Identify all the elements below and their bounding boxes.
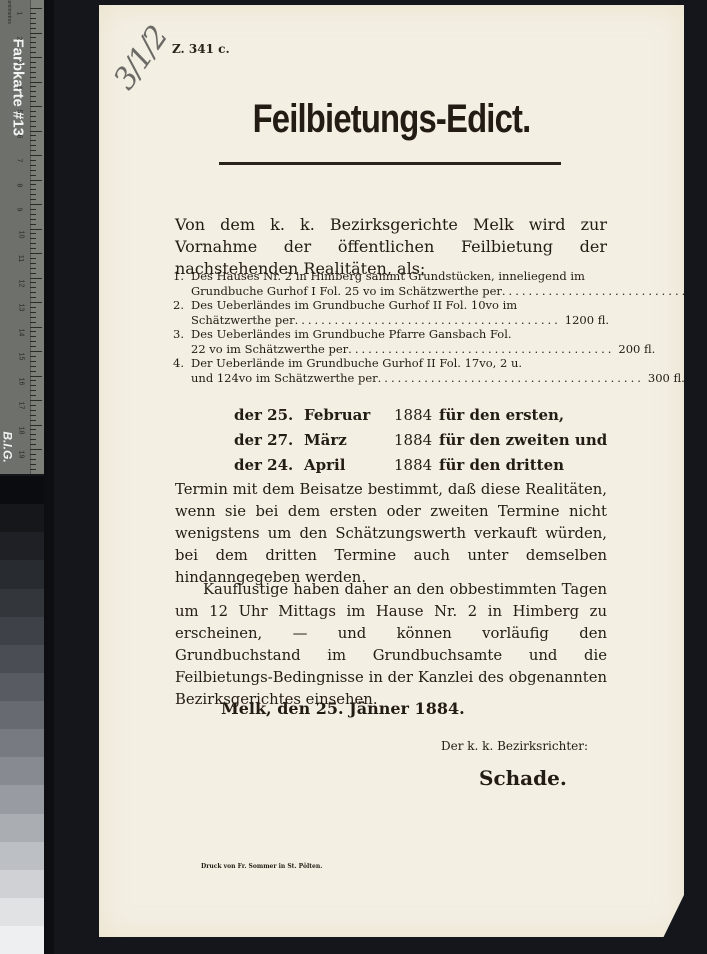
ruler-tick bbox=[30, 62, 36, 63]
ruler-number: 19 bbox=[17, 451, 24, 459]
gray-patch bbox=[0, 476, 48, 504]
ruler-tick bbox=[30, 464, 36, 465]
ruler-tick bbox=[30, 175, 36, 176]
ruler-unit-label: centimetres bbox=[6, 0, 12, 24]
dot-leader: ........................................ bbox=[502, 284, 707, 299]
ruler-tick bbox=[30, 449, 42, 450]
ruler-tick bbox=[30, 376, 42, 377]
gray-patch bbox=[0, 729, 48, 757]
ruler-tick bbox=[30, 209, 36, 210]
ruler-number: 7 bbox=[15, 159, 22, 163]
ruler-tick bbox=[30, 184, 36, 185]
ruler-tick bbox=[30, 131, 42, 132]
ruler-number: 18 bbox=[17, 426, 24, 434]
ruler-tick bbox=[30, 341, 36, 342]
ruler-tick bbox=[30, 439, 36, 440]
ruler-tick bbox=[30, 268, 36, 269]
gray-patch bbox=[0, 926, 48, 954]
ruler-number: 16 bbox=[17, 377, 24, 385]
ruler-tick bbox=[30, 229, 42, 230]
date-suffix: für den zweiten und bbox=[439, 428, 607, 453]
ruler-number: 13 bbox=[17, 304, 24, 312]
ruler-tick bbox=[30, 165, 36, 166]
ruler-tick bbox=[30, 224, 36, 225]
ruler-tick bbox=[30, 28, 36, 29]
dot-leader: ........................................ bbox=[348, 342, 614, 357]
ruler-tick bbox=[30, 47, 36, 48]
item-valuation-text: 22 vo im Schätzwerthe per bbox=[191, 342, 348, 357]
ruler-number: 5 bbox=[15, 110, 22, 114]
ruler-number: 4 bbox=[15, 85, 22, 89]
item-description: Des Hauses Nr. 2 in Himberg sammt Grunds… bbox=[191, 269, 707, 284]
ruler-tick bbox=[30, 253, 42, 254]
grayscale-patches bbox=[0, 476, 48, 954]
ruler-number: 11 bbox=[17, 255, 24, 262]
ruler-tick bbox=[30, 140, 36, 141]
property-item: 3. Des Ueberländes im Grundbuche Pfarre … bbox=[173, 327, 607, 356]
gray-patch bbox=[0, 870, 48, 898]
ruler-number: 14 bbox=[17, 328, 24, 336]
ruler-tick bbox=[30, 331, 36, 332]
signature-name: Schade. bbox=[479, 766, 567, 790]
ruler-tick bbox=[30, 263, 36, 264]
auction-date-row: der 25. Februar 1884 für den ersten, bbox=[234, 403, 607, 428]
ruler-tick bbox=[30, 101, 36, 102]
ruler-tick bbox=[30, 52, 36, 53]
ruler-number: 8 bbox=[15, 183, 22, 187]
property-item: 4. Der Ueberlände im Grundbuche Gurhof I… bbox=[173, 356, 607, 385]
ruler-number: 17 bbox=[17, 402, 24, 410]
ruler-tick bbox=[30, 204, 42, 205]
place-and-date: Melk, den 25. Jänner 1884. bbox=[221, 699, 465, 718]
item-amount: 200 fl. bbox=[614, 342, 655, 357]
ruler-tick bbox=[30, 199, 36, 200]
ruler-number: 2 bbox=[15, 36, 22, 40]
ruler-tick bbox=[30, 292, 36, 293]
ruler-tick bbox=[30, 287, 36, 288]
date-year: 1884 bbox=[394, 428, 439, 453]
ruler-tick bbox=[30, 243, 36, 244]
ruler-tick bbox=[30, 385, 36, 386]
auction-date-row: der 27. März 1884 für den zweiten und bbox=[234, 428, 607, 453]
gray-patch bbox=[0, 842, 48, 870]
ruler-tick bbox=[30, 282, 36, 283]
ruler-tick bbox=[30, 248, 36, 249]
ruler-tick bbox=[30, 410, 36, 411]
gray-patch bbox=[0, 757, 48, 785]
ruler-tick bbox=[30, 302, 42, 303]
gray-patch bbox=[0, 645, 48, 673]
ruler-tick bbox=[30, 77, 36, 78]
ruler-number: 3 bbox=[15, 61, 22, 65]
item-valuation-text: Grundbuche Gurhof I Fol. 25 vo im Schätz… bbox=[191, 284, 502, 299]
document-paper: 3/1/2 Z. 341 c. Feilbietungs-Edict. Von … bbox=[99, 5, 684, 937]
property-item: 1. Des Hauses Nr. 2 in Himberg sammt Gru… bbox=[173, 269, 607, 298]
ruler-tick bbox=[30, 8, 42, 9]
color-chart-brand: B.I.G. bbox=[1, 431, 15, 462]
ruler-tick bbox=[30, 106, 42, 107]
item-number: 3. bbox=[173, 327, 191, 356]
ruler-tick bbox=[30, 219, 36, 220]
ruler-tick bbox=[30, 42, 36, 43]
item-amount: 1200 fl. bbox=[561, 313, 609, 328]
ruler-tick bbox=[30, 57, 42, 58]
ruler-tick bbox=[30, 297, 36, 298]
ruler-tick bbox=[30, 454, 36, 455]
ruler-tick bbox=[30, 415, 36, 416]
ruler-number: 10 bbox=[17, 230, 24, 238]
auction-date-row: der 24. April 1884 für den dritten bbox=[234, 453, 607, 478]
handwritten-note: 3/1/2 bbox=[107, 21, 174, 96]
ruler-number: 12 bbox=[17, 279, 24, 287]
item-valuation-text: und 124vo im Schätzwerthe per bbox=[191, 371, 378, 386]
item-amount: 300 fl. bbox=[644, 371, 685, 386]
terms-paragraph: Termin mit dem Beisatze bestimmt, daß di… bbox=[175, 479, 607, 589]
ruler-tick bbox=[30, 322, 36, 323]
ruler-tick bbox=[30, 312, 36, 313]
ruler-tick bbox=[30, 429, 36, 430]
ruler-tick bbox=[30, 126, 36, 127]
ruler-tick bbox=[30, 86, 36, 87]
date-month: Februar bbox=[304, 403, 394, 428]
item-valuation-text: Schätzwerthe per bbox=[191, 313, 295, 328]
ruler-tick bbox=[30, 233, 36, 234]
ruler-tick bbox=[30, 33, 42, 34]
ruler-tick bbox=[30, 459, 36, 460]
dot-leader: ........................................ bbox=[378, 371, 644, 386]
color-chart-title: Farbkarte #13 bbox=[10, 39, 27, 179]
gray-patch bbox=[0, 532, 48, 560]
ruler-tick bbox=[30, 150, 36, 151]
ruler-tick bbox=[30, 405, 36, 406]
scan-background-edge bbox=[44, 0, 54, 954]
date-suffix: für den dritten bbox=[439, 453, 564, 478]
gray-patch bbox=[0, 814, 48, 842]
ruler-tick bbox=[30, 307, 36, 308]
ruler-number: 9 bbox=[15, 208, 22, 212]
auction-dates: der 25. Februar 1884 für den ersten, der… bbox=[234, 403, 607, 478]
instructions-paragraph: Kauflustige haben daher an den obbestimm… bbox=[175, 579, 607, 711]
gray-patch bbox=[0, 617, 48, 645]
ruler-tick bbox=[30, 23, 36, 24]
reference-number: Z. 341 c. bbox=[172, 42, 230, 56]
gray-patch bbox=[0, 560, 48, 588]
gray-patch bbox=[0, 898, 48, 926]
ruler-tick bbox=[30, 111, 36, 112]
printer-imprint: Druck von Fr. Sommer in St. Pölten. bbox=[201, 863, 322, 870]
ruler-number: 15 bbox=[17, 353, 24, 361]
gray-patch bbox=[0, 589, 48, 617]
document-title: Feilbietungs-Edict. bbox=[152, 97, 632, 142]
item-number: 4. bbox=[173, 356, 191, 385]
signature-title: Der k. k. Bezirksrichter: bbox=[441, 739, 588, 753]
ruler-tick bbox=[30, 155, 42, 156]
item-number: 1. bbox=[173, 269, 191, 298]
ruler-tick bbox=[30, 238, 36, 239]
ruler-tick bbox=[30, 346, 36, 347]
item-description: Des Ueberländes im Grundbuche Gurhof II … bbox=[191, 298, 609, 313]
ruler-tick bbox=[30, 116, 36, 117]
ruler-tick bbox=[30, 121, 36, 122]
ruler-tick bbox=[30, 444, 36, 445]
ruler-tick bbox=[30, 189, 36, 190]
ruler-tick bbox=[30, 327, 42, 328]
ruler-tick bbox=[30, 371, 36, 372]
ruler-tick bbox=[30, 390, 36, 391]
date-year: 1884 bbox=[394, 403, 439, 428]
ruler-tick bbox=[30, 469, 36, 470]
ruler-tick bbox=[30, 160, 36, 161]
ruler-tick bbox=[30, 96, 36, 97]
color-calibration-strip: centimetres Farbkarte #13 B.I.G. 1234567… bbox=[0, 0, 44, 474]
ruler-tick bbox=[30, 356, 36, 357]
gray-patch bbox=[0, 701, 48, 729]
ruler-tick bbox=[30, 317, 36, 318]
gray-patch bbox=[0, 785, 48, 813]
ruler-tick bbox=[30, 180, 42, 181]
ruler-tick bbox=[30, 67, 36, 68]
ruler-tick bbox=[30, 135, 36, 136]
ruler-tick bbox=[30, 170, 36, 171]
date-month: März bbox=[304, 428, 394, 453]
item-description: Der Ueberlände im Grundbuche Gurhof II F… bbox=[191, 356, 685, 371]
date-suffix: für den ersten, bbox=[439, 403, 564, 428]
ruler-tick bbox=[30, 366, 36, 367]
title-underline bbox=[219, 162, 561, 165]
item-number: 2. bbox=[173, 298, 191, 327]
gray-patch bbox=[0, 504, 48, 532]
ruler-tick bbox=[30, 380, 36, 381]
ruler-tick bbox=[30, 351, 42, 352]
ruler-number: 1 bbox=[15, 12, 22, 16]
ruler-tick bbox=[30, 214, 36, 215]
ruler-tick bbox=[30, 361, 36, 362]
item-description: Des Ueberländes im Grundbuche Pfarre Gan… bbox=[191, 327, 655, 342]
ruler-tick bbox=[30, 82, 42, 83]
ruler-tick bbox=[30, 194, 36, 195]
ruler-tick bbox=[30, 72, 36, 73]
ruler-number: 6 bbox=[15, 134, 22, 138]
property-list: 1. Des Hauses Nr. 2 in Himberg sammt Gru… bbox=[173, 269, 607, 385]
ruler-tick bbox=[30, 91, 36, 92]
ruler-tick bbox=[30, 13, 36, 14]
ruler-tick bbox=[30, 37, 36, 38]
ruler-tick bbox=[30, 434, 36, 435]
ruler-tick bbox=[30, 420, 36, 421]
ruler-tick bbox=[30, 395, 36, 396]
ruler-tick bbox=[30, 400, 42, 401]
ruler-tick bbox=[30, 425, 42, 426]
date-month: April bbox=[304, 453, 394, 478]
ruler-tick bbox=[30, 336, 36, 337]
dot-leader: ........................................ bbox=[295, 313, 561, 328]
property-item: 2. Des Ueberländes im Grundbuche Gurhof … bbox=[173, 298, 607, 327]
ruler-tick bbox=[30, 145, 36, 146]
gray-patch bbox=[0, 673, 48, 701]
ruler-tick bbox=[30, 18, 36, 19]
ruler-tick bbox=[30, 278, 42, 279]
ruler-tick bbox=[30, 258, 36, 259]
ruler-tick bbox=[30, 273, 36, 274]
date-year: 1884 bbox=[394, 453, 439, 478]
